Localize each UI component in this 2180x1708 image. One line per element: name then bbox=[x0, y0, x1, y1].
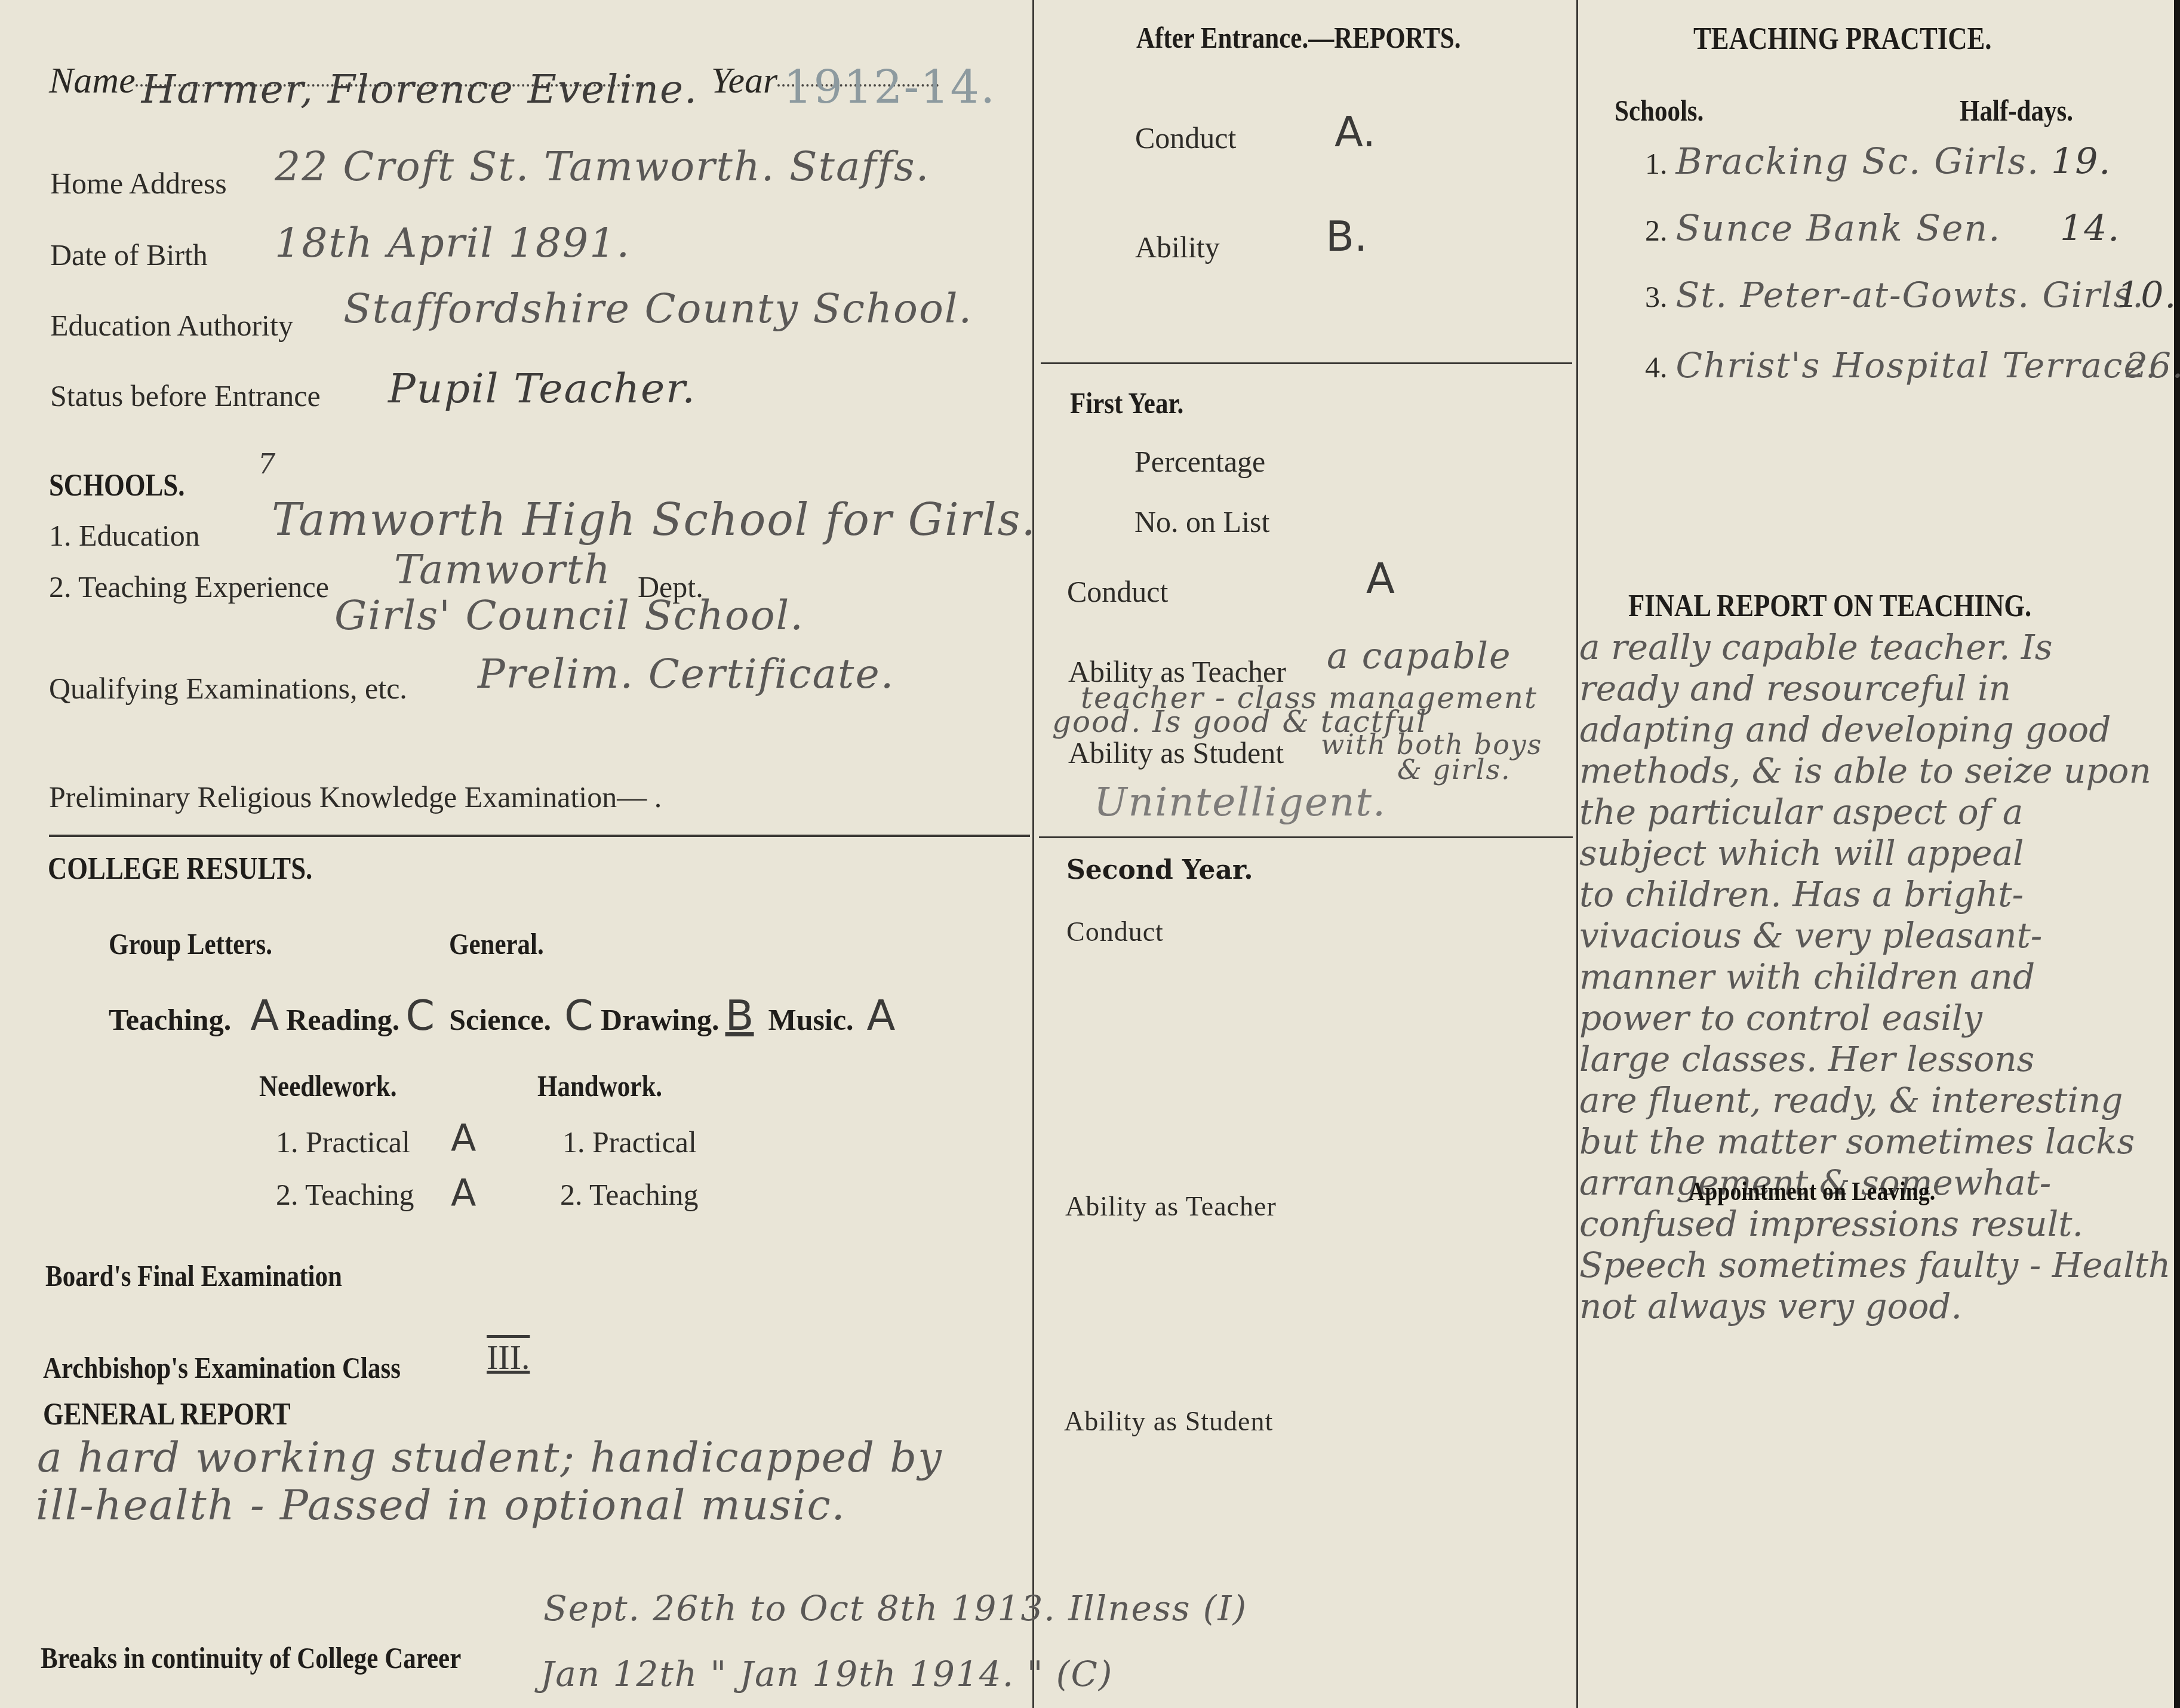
religious-label: Preliminary Religious Knowledge Examinat… bbox=[49, 780, 662, 814]
religious-label-text: Preliminary Religious Knowledge Examinat… bbox=[49, 780, 617, 814]
education-value[interactable]: Tamworth High School for Girls. bbox=[272, 494, 1037, 546]
teaching-practice-row-school[interactable]: St. Peter-at-Gowts. Girls. bbox=[1676, 275, 2145, 315]
home-address-value[interactable]: 22 Croft St. Tamworth. Staffs. bbox=[275, 143, 930, 190]
final-report-line: the particular aspect of a bbox=[1579, 792, 2170, 833]
appointment-label: Appointment on Leaving. bbox=[1689, 1176, 1935, 1207]
year-label: Year bbox=[711, 60, 777, 101]
teaching-practice-row-school[interactable]: Christ's Hospital Terrace. bbox=[1676, 345, 2158, 386]
needlework-practical-label: 1. Practical bbox=[276, 1125, 410, 1159]
education-label: 1. Education bbox=[49, 518, 200, 553]
after-entrance-conduct-value[interactable]: A. bbox=[1335, 107, 1376, 156]
education-authority-label: Education Authority bbox=[50, 308, 293, 343]
final-report-body[interactable]: a really capable teacher. Isready and re… bbox=[1579, 627, 2170, 1327]
column-divider-left bbox=[1032, 0, 1034, 1708]
boards-final-label: Board's Final Examination bbox=[45, 1258, 342, 1293]
final-report-line: but the matter sometimes lacks bbox=[1579, 1121, 2170, 1162]
group-letters-label: Group Letters. bbox=[109, 927, 272, 961]
after-entrance-ability-value[interactable]: B. bbox=[1326, 212, 1367, 261]
general-report-heading: GENERAL REPORT bbox=[43, 1397, 291, 1432]
subject-teaching-label: Teaching. bbox=[109, 1002, 231, 1037]
subject-music-grade[interactable]: A bbox=[867, 991, 896, 1040]
teaching-practice-row-num: 4. bbox=[1645, 350, 1668, 384]
first-year-heading: First Year. bbox=[1070, 386, 1183, 420]
teaching-practice-row-halfdays[interactable]: 26. bbox=[2126, 345, 2180, 386]
name-row: NameHarmer, Florence Eveline. Year1912-1… bbox=[49, 60, 939, 102]
teaching-practice-schools-col: Schools. bbox=[1615, 93, 1704, 128]
after-entrance-ability-label: Ability bbox=[1135, 230, 1220, 264]
breaks-line-2[interactable]: Jan 12th " Jan 19th 1914. " (C) bbox=[540, 1654, 1113, 1694]
first-year-conduct-value[interactable]: A bbox=[1366, 554, 1395, 603]
schools-heading: SCHOOLS. bbox=[49, 468, 185, 503]
teaching-practice-row: 1. Bracking Sc. Girls. 19. bbox=[1645, 141, 2170, 183]
teaching-practice-row-halfdays[interactable]: 10. bbox=[2117, 275, 2177, 316]
subject-music-label: Music. bbox=[768, 1002, 854, 1037]
final-report-line: are fluent, ready, & interesting bbox=[1579, 1080, 2170, 1121]
general-report-line-2[interactable]: ill-health - Passed in optional music. bbox=[36, 1481, 846, 1529]
religious-value[interactable]: — . bbox=[617, 780, 662, 814]
name-value: Harmer, Florence Eveline. bbox=[142, 66, 698, 112]
card-edge bbox=[2174, 0, 2180, 1708]
handwork-label: Handwork. bbox=[537, 1069, 662, 1103]
subject-drawing-label: Drawing. bbox=[601, 1002, 720, 1037]
general-label: General. bbox=[449, 927, 544, 961]
after-entrance-conduct-label: Conduct bbox=[1135, 121, 1236, 155]
final-report-line: large classes. Her lessons bbox=[1579, 1039, 2170, 1080]
second-year-heading: Second Year. bbox=[1066, 855, 1253, 885]
teaching-experience-label: 2. Teaching Experience bbox=[49, 570, 329, 604]
teaching-practice-row: 2. Sunce Bank Sen. 14. bbox=[1645, 208, 2170, 250]
needlework-practical-grade[interactable]: A bbox=[451, 1116, 476, 1160]
teaching-practice-row-halfdays[interactable]: 19. bbox=[2051, 141, 2111, 183]
dob-value[interactable]: 18th April 1891. bbox=[275, 220, 631, 267]
qualifying-label: Qualifying Examinations, etc. bbox=[49, 671, 407, 706]
final-report-line: manner with children and bbox=[1579, 956, 2170, 998]
teaching-practice-row: 3. St. Peter-at-Gowts. Girls. 10. bbox=[1645, 275, 2170, 315]
needlework-label: Needlework. bbox=[259, 1069, 396, 1103]
year-field[interactable]: 1912-14. bbox=[777, 84, 939, 87]
final-report-line: vivacious & very pleasant- bbox=[1579, 915, 2170, 956]
dob-label: Date of Birth bbox=[50, 238, 208, 272]
first-year-ability-teacher-value-1[interactable]: a capable bbox=[1327, 635, 1512, 677]
teaching-experience-value-1[interactable]: Tamworth bbox=[394, 546, 611, 593]
final-report-line: not always very good. bbox=[1579, 1286, 2170, 1327]
breaks-line-1[interactable]: Sept. 26th to Oct 8th 1913. Illness (I) bbox=[543, 1588, 1247, 1629]
home-address-label: Home Address bbox=[50, 166, 227, 201]
final-report-line: subject which will appeal bbox=[1579, 833, 2170, 874]
final-report-line: Speech sometimes faulty - Health bbox=[1579, 1245, 2170, 1286]
teaching-practice-row-num: 3. bbox=[1645, 280, 1668, 313]
general-report-line-1[interactable]: a hard working student; handicapped by bbox=[37, 1433, 943, 1482]
first-year-ability-teacher-value-5[interactable]: & girls. bbox=[1397, 753, 1511, 786]
handwork-practical-label: 1. Practical bbox=[562, 1125, 697, 1159]
rule-college-results bbox=[49, 835, 1030, 837]
status-label: Status before Entrance bbox=[50, 378, 321, 413]
archbishop-label: Archbishop's Examination Class bbox=[43, 1350, 401, 1385]
column-divider-right bbox=[1576, 0, 1578, 1708]
final-report-line: adapting and developing good bbox=[1579, 709, 2170, 750]
first-year-conduct-label: Conduct bbox=[1067, 574, 1168, 609]
qualifying-value[interactable]: Prelim. Certificate. bbox=[478, 651, 894, 698]
education-authority-value[interactable]: Staffordshire County School. bbox=[343, 285, 973, 333]
first-year-percentage-label: Percentage bbox=[1134, 444, 1265, 479]
subject-drawing-grade[interactable]: B bbox=[725, 991, 754, 1040]
final-report-line: confused impressions result. bbox=[1579, 1204, 2170, 1245]
final-report-line: power to control easily bbox=[1579, 998, 2170, 1039]
handwork-teaching-label: 2. Teaching bbox=[560, 1177, 699, 1212]
teaching-practice-heading: TEACHING PRACTICE. bbox=[1693, 21, 1991, 57]
final-report-line: methods, & is able to seize upon bbox=[1579, 750, 2170, 792]
name-label: Name bbox=[49, 60, 136, 101]
teaching-practice-row: 4. Christ's Hospital Terrace. 26. bbox=[1645, 345, 2170, 386]
second-year-ability-teacher-label: Ability as Teacher bbox=[1065, 1190, 1277, 1222]
schools-margin-mark: 7 bbox=[258, 448, 276, 480]
subject-reading-label: Reading. bbox=[286, 1002, 399, 1037]
first-year-no-on-list-label: No. on List bbox=[1134, 504, 1269, 539]
second-year-conduct-label: Conduct bbox=[1066, 916, 1164, 947]
college-results-heading: COLLEGE RESULTS. bbox=[48, 851, 312, 887]
teaching-practice-row-num: 2. bbox=[1645, 214, 1668, 247]
second-year-ability-student-label: Ability as Student bbox=[1064, 1405, 1273, 1437]
year-value: 1912-14. bbox=[783, 60, 996, 113]
final-report-heading: FINAL REPORT ON TEACHING. bbox=[1628, 589, 2031, 624]
teaching-practice-row-num: 1. bbox=[1645, 147, 1668, 180]
teaching-practice-row-halfdays[interactable]: 14. bbox=[2060, 208, 2120, 250]
after-entrance-heading: After Entrance.—REPORTS. bbox=[1136, 20, 1461, 55]
final-report-line: a really capable teacher. Is bbox=[1579, 627, 2170, 668]
subject-teaching-grade[interactable]: A bbox=[250, 991, 279, 1040]
subject-reading-grade[interactable]: C bbox=[405, 991, 435, 1040]
name-field[interactable]: Harmer, Florence Eveline. bbox=[136, 84, 649, 87]
status-value[interactable]: Pupil Teacher. bbox=[388, 365, 696, 413]
teaching-experience-value-2[interactable]: Girls' Council School. bbox=[334, 592, 804, 639]
rule-after-entrance bbox=[1041, 362, 1572, 364]
final-report-line: to children. Has a bright- bbox=[1579, 874, 2170, 915]
first-year-ability-student-value[interactable]: Unintelligent. bbox=[1094, 779, 1386, 825]
rule-second-year bbox=[1039, 836, 1573, 838]
needlework-teaching-label: 2. Teaching bbox=[276, 1177, 414, 1212]
teaching-practice-halfdays-col: Half-days. bbox=[1960, 93, 2073, 128]
teaching-practice-row-school[interactable]: Sunce Bank Sen. bbox=[1676, 208, 2001, 250]
teaching-practice-row-school[interactable]: Bracking Sc. Girls. bbox=[1676, 141, 2040, 183]
subjects-row: Teaching. A Reading. C Science. C Drawin… bbox=[109, 991, 896, 1040]
breaks-label: Breaks in continuity of College Career bbox=[41, 1641, 461, 1675]
subject-science-grade[interactable]: C bbox=[564, 991, 594, 1040]
first-year-ability-student-label: Ability as Student bbox=[1068, 735, 1284, 770]
final-report-line: ready and resourceful in bbox=[1579, 668, 2170, 709]
needlework-teaching-grade[interactable]: A bbox=[451, 1171, 476, 1215]
archbishop-value[interactable]: III. bbox=[487, 1337, 530, 1377]
subject-science-label: Science. bbox=[449, 1002, 551, 1037]
